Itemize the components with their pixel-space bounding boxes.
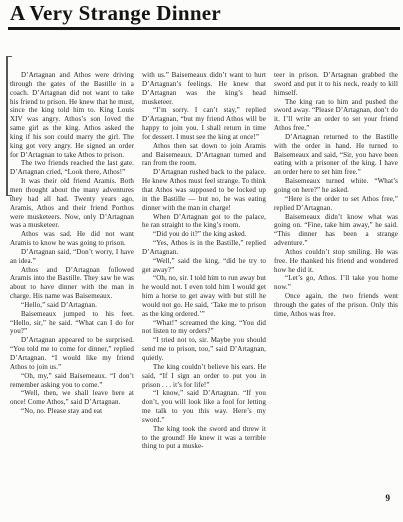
paragraph: teer in prison. D’Artagnan grabbed the s… bbox=[274, 71, 398, 98]
paragraph: “Let’s go, Athos. I’ll take you home now… bbox=[274, 274, 398, 292]
paragraph: Athos was sad. He did not want Aramis to… bbox=[10, 230, 134, 248]
paragraph: with us.” Baisemeaux didn’t want to hurt… bbox=[142, 71, 266, 106]
text-column-3: teer in prison. D’Artagnan grabbed the s… bbox=[274, 71, 398, 451]
paragraph: “Oh, my,” said Baisemeaux. “I don’t reme… bbox=[10, 372, 134, 390]
paragraph: “Did you do it?” the king asked. bbox=[142, 230, 266, 239]
paragraph: “Here is the order to set Athos free,” r… bbox=[274, 195, 398, 213]
paragraph: “Yes, Athos is in the Bastille,” replied… bbox=[142, 239, 266, 257]
paragraph: Baisemeaux didn’t know what was going on… bbox=[274, 213, 398, 248]
paragraph: When D’Artagnan got to the palace, he ra… bbox=[142, 213, 266, 231]
paragraph: D’Artagnan appeared to be surprised. “Yo… bbox=[10, 336, 134, 371]
paragraph: “Hello,” said D’Artagnan. bbox=[10, 301, 134, 310]
paragraph: Baisemeaux turned white. “What’s going o… bbox=[274, 177, 398, 195]
paragraph: “No, no. Please stay and eat bbox=[10, 407, 134, 416]
text-column-2: with us.” Baisemeaux didn’t want to hurt… bbox=[142, 71, 266, 451]
paragraph: “I tried not to, sir. Maybe you should s… bbox=[142, 336, 266, 363]
book-page: A Very Strange Dinner D’Artagnan and Ath… bbox=[0, 0, 403, 522]
title-rule bbox=[8, 27, 400, 30]
paragraph: “Well,” said the king, “did he try to ge… bbox=[142, 257, 266, 275]
paragraph: “Oh, no, sir. I told him to run away but… bbox=[142, 274, 266, 318]
paragraph: “I know,” said D’Artagnan. “If you don’t… bbox=[142, 389, 266, 424]
paragraph: “Well, then, we shall leave here at once… bbox=[10, 389, 134, 407]
text-columns: D’Artagnan and Athos were driving throug… bbox=[10, 71, 396, 451]
paragraph: Athos and D’Artagnan followed Aramis int… bbox=[10, 266, 134, 301]
text-column-1: D’Artagnan and Athos were driving throug… bbox=[10, 71, 134, 451]
page-title: A Very Strange Dinner bbox=[10, 0, 221, 26]
page-number: 9 bbox=[386, 493, 391, 503]
paragraph: “I’m sorry. I can’t stay,” replied D’Art… bbox=[142, 106, 266, 141]
paragraph: The king took the sword and threw it to … bbox=[142, 425, 266, 452]
paragraph: D’Artagnan rushed back to the palace. He… bbox=[142, 168, 266, 212]
paragraph: The king couldn’t believe his ears. He s… bbox=[142, 363, 266, 390]
paragraph: Athos couldn’t stop smiling. He was free… bbox=[274, 248, 398, 275]
paragraph: D’Artagnan returned to the Bastille with… bbox=[274, 133, 398, 177]
paragraph: Baisemeaux jumped to his feet. “Hello, s… bbox=[10, 310, 134, 337]
paragraph: The two friends reached the last gate. D… bbox=[10, 159, 134, 177]
paragraph: The king ran to him and pushed the sword… bbox=[274, 98, 398, 133]
paragraph: It was their old friend Aramis. Both men… bbox=[10, 177, 134, 230]
paragraph: “What!” screamed the king. “You did not … bbox=[142, 319, 266, 337]
paragraph: D’Artagnan and Athos were driving throug… bbox=[10, 71, 134, 159]
paragraph: D’Artagnan said, “Don’t worry, I have an… bbox=[10, 248, 134, 266]
paragraph: Once again, the two friends went through… bbox=[274, 292, 398, 319]
paragraph: Athos then sat down to join Aramis and B… bbox=[142, 142, 266, 169]
